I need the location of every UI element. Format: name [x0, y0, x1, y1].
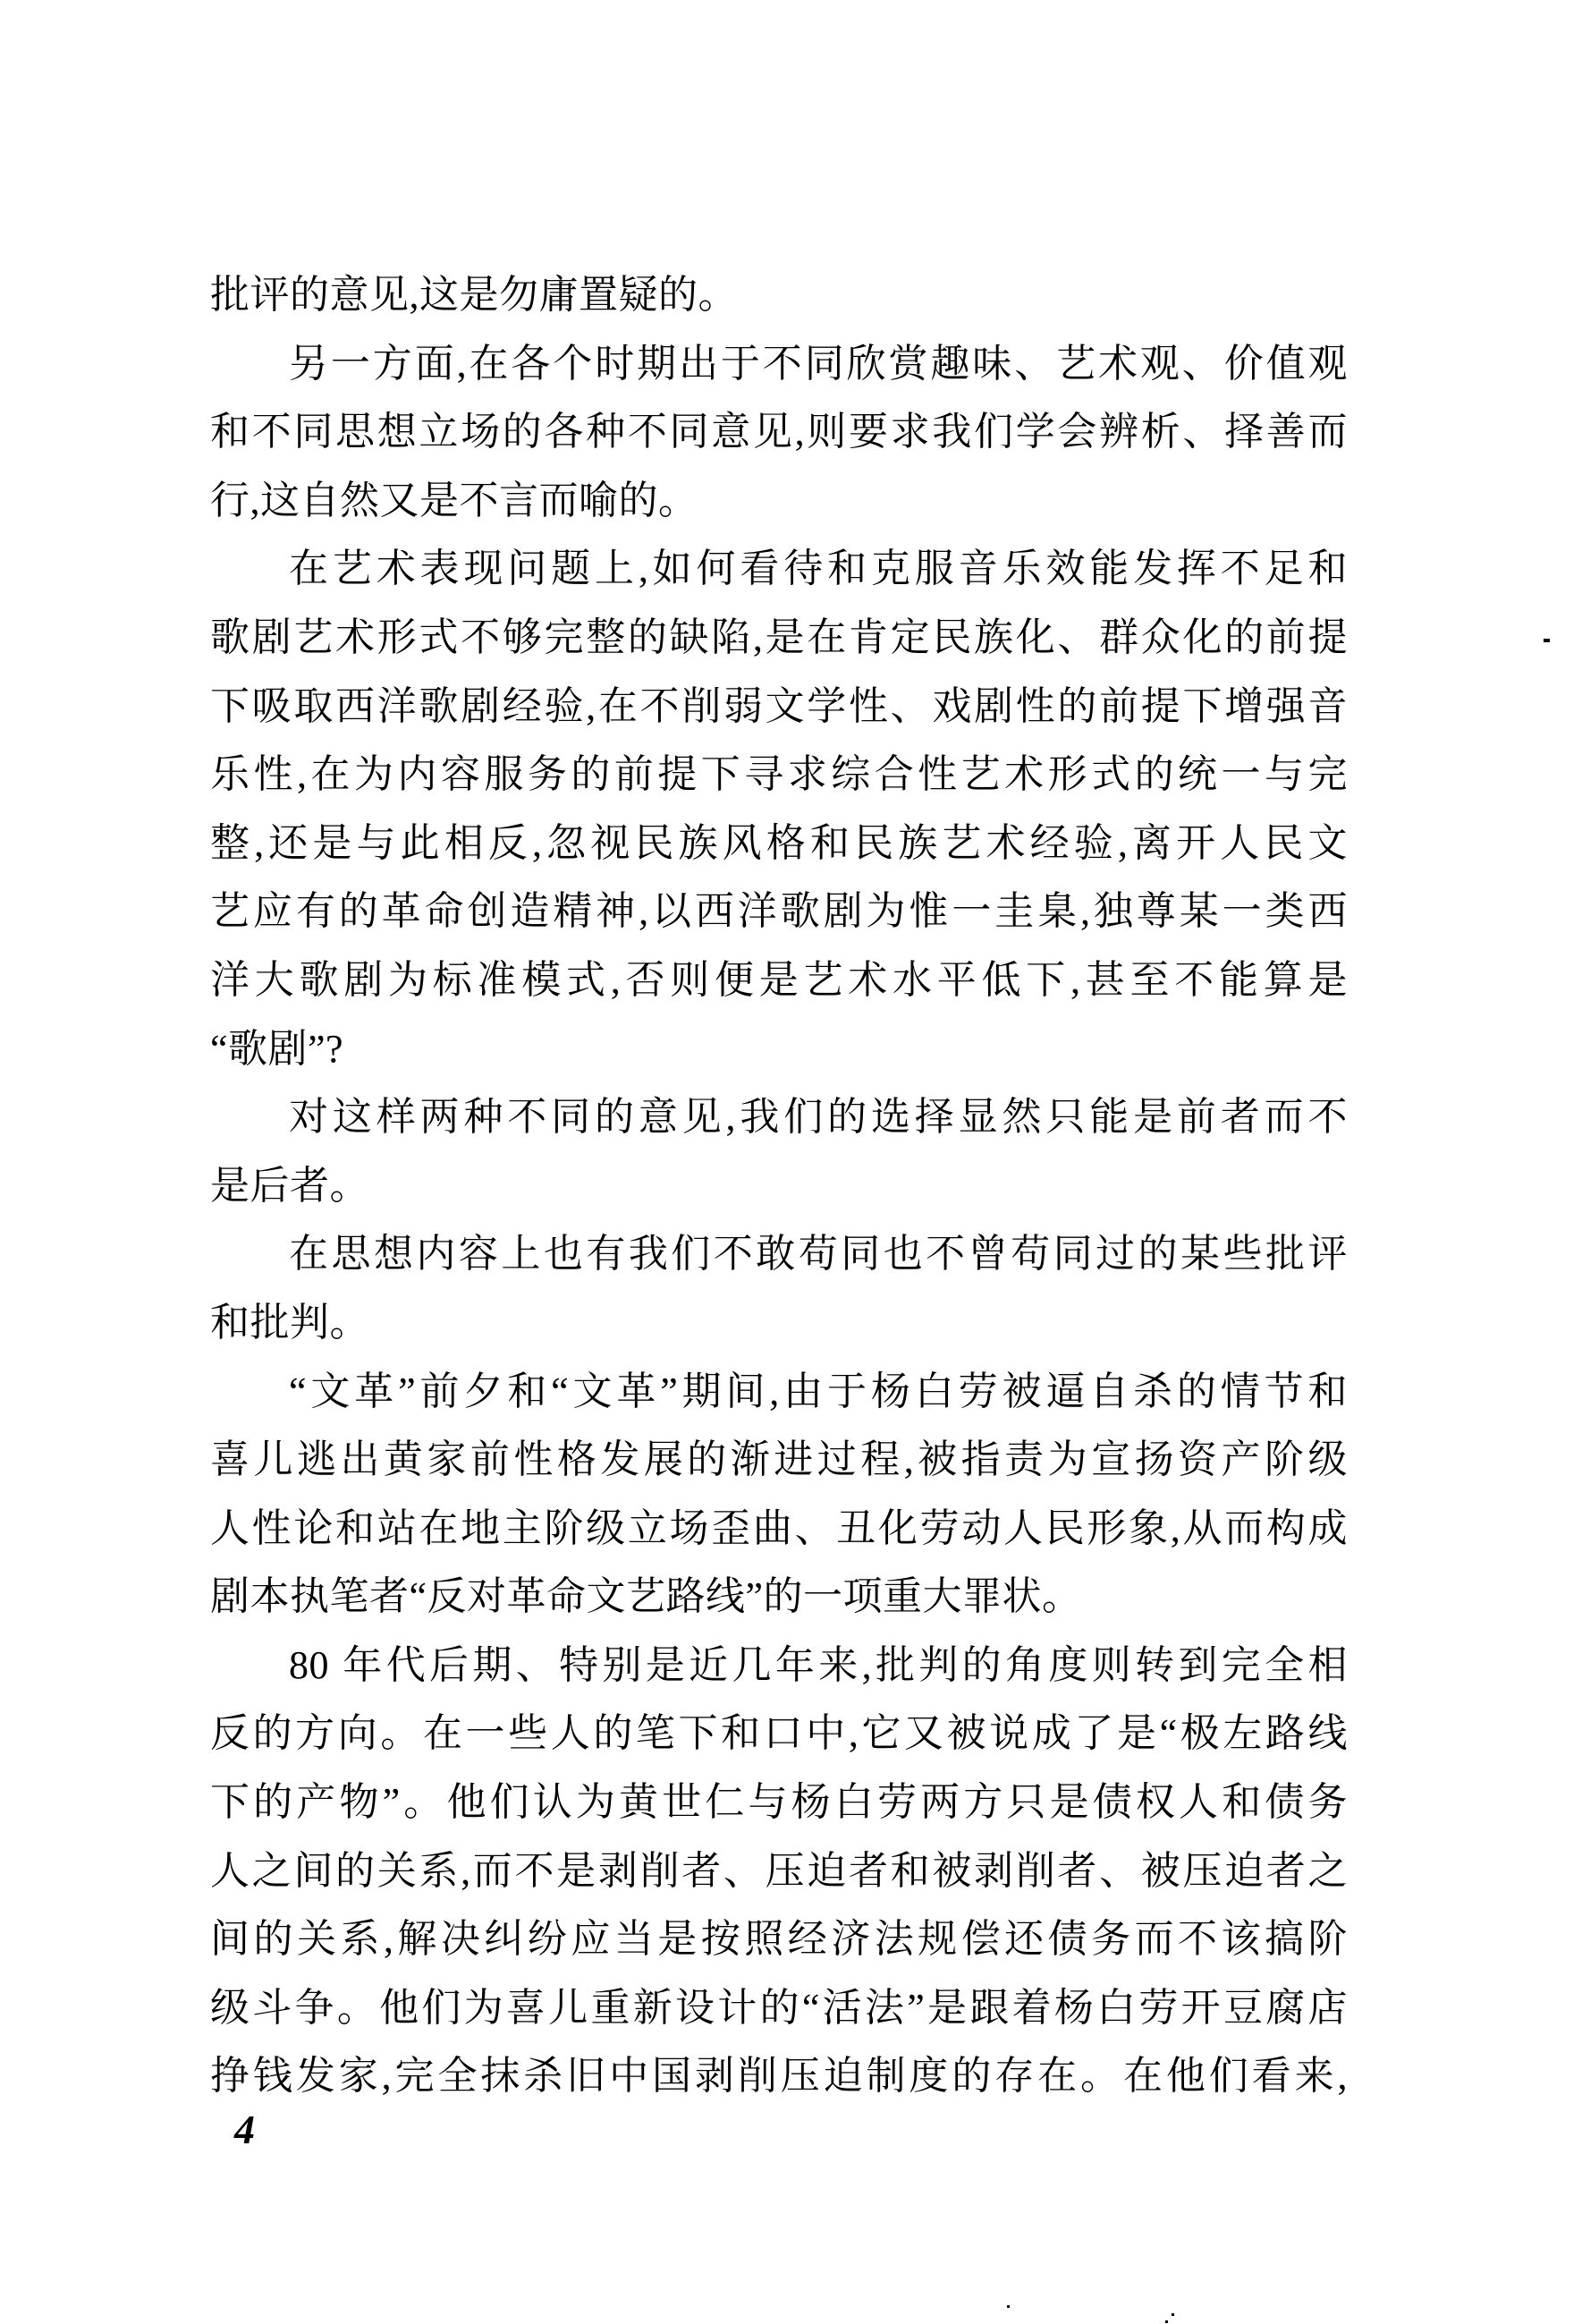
text-line: 批评的意见,这是勿庸置疑的。 — [210, 261, 1348, 330]
scanned-book-page: 批评的意见,这是勿庸置疑的。另一方面,在各个时期出于不同欣赏趣味、艺术观、价值观… — [0, 0, 1582, 2324]
text-line: 对这样两种不同的意见,我们的选择显然只能是前者而不 — [210, 1083, 1348, 1152]
text-line: 挣钱发家,完全抹杀旧中国剥削压迫制度的存在。在他们看来, — [210, 2042, 1348, 2111]
text-line: 80 年代后期、特别是近几年来,批判的角度则转到完全相 — [210, 1632, 1348, 1701]
text-line: 在思想内容上也有我们不敢苟同也不曾苟同过的某些批评 — [210, 1220, 1348, 1289]
text-line: 间的关系,解决纠纷应当是按照经济法规偿还债务而不该搞阶 — [210, 1905, 1348, 1974]
text-line: 喜儿逃出黄家前性格发展的渐进过程,被指责为宣扬资产阶级 — [210, 1426, 1348, 1495]
text-line: 下吸取西洋歌剧经验,在不削弱文学性、戏剧性的前提下增强音 — [210, 673, 1348, 742]
text-line: 是后者。 — [210, 1152, 1348, 1221]
text-line: 行,这自然又是不言而喻的。 — [210, 467, 1348, 536]
text-block: 批评的意见,这是勿庸置疑的。另一方面,在各个时期出于不同欣赏趣味、艺术观、价值观… — [210, 261, 1348, 2111]
page-number: 4 — [234, 2108, 255, 2152]
text-line: 人之间的关系,而不是剥削者、压迫者和被剥削者、被压迫者之 — [210, 1837, 1348, 1906]
scan-artifact-dash — [1544, 639, 1550, 642]
text-line: 人性论和站在地主阶级立场歪曲、丑化劳动人民形象,从而构成 — [210, 1495, 1348, 1564]
text-line: “歌剧”? — [210, 1015, 1348, 1084]
scan-speck — [1007, 2305, 1010, 2308]
text-line: 洋大歌剧为标准模式,否则便是艺术水平低下,甚至不能算是 — [210, 946, 1348, 1015]
text-line: 另一方面,在各个时期出于不同欣赏趣味、艺术观、价值观 — [210, 330, 1348, 399]
text-line: 剧本执笔者“反对革命文艺路线”的一项重大罪状。 — [210, 1563, 1348, 1632]
text-line: 歌剧艺术形式不够完整的缺陷,是在肯定民族化、群众化的前提 — [210, 604, 1348, 673]
text-line: 艺应有的革命创造精神,以西洋歌剧为惟一圭臬,独尊某一类西 — [210, 878, 1348, 946]
text-line: “文革”前夕和“文革”期间,由于杨白劳被逼自杀的情节和 — [210, 1358, 1348, 1427]
scan-speck — [1172, 2313, 1174, 2316]
text-line: 和不同思想立场的各种不同意见,则要求我们学会辨析、择善而 — [210, 398, 1348, 467]
text-line: 反的方向。在一些人的笔下和口中,它又被说成了是“极左路线 — [210, 1700, 1348, 1768]
text-line: 下的产物”。他们认为黄世仁与杨白劳两方只是债权人和债务 — [210, 1768, 1348, 1837]
text-line: 级斗争。他们为喜儿重新设计的“活法”是跟着杨白劳开豆腐店 — [210, 1974, 1348, 2043]
text-line: 在艺术表现问题上,如何看待和克服音乐效能发挥不足和 — [210, 535, 1348, 604]
text-line: 乐性,在为内容服务的前提下寻求综合性艺术形式的统一与完 — [210, 741, 1348, 810]
text-line: 整,还是与此相反,忽视民族风格和民族艺术经验,离开人民文 — [210, 810, 1348, 878]
scan-speck — [1165, 2320, 1168, 2323]
text-line: 和批判。 — [210, 1289, 1348, 1358]
